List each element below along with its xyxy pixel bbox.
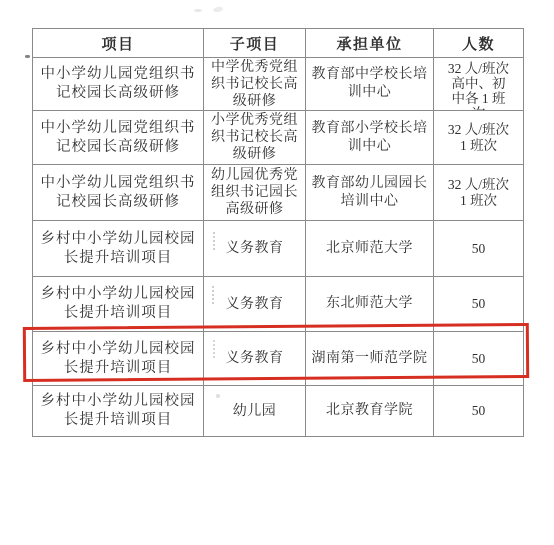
training-programs-table: 项目 子项目 承担单位 人数 中小学幼儿园党组织书 记校园长高级研修 中学优秀党… xyxy=(32,28,524,437)
cell-project: 乡村中小学幼儿园校园 长提升培训项目 xyxy=(33,332,204,386)
col-header-count: 人数 xyxy=(434,29,524,58)
cell-unit: 湖南第一师范学院 xyxy=(306,332,434,386)
header-row: 项目 子项目 承担单位 人数 xyxy=(33,29,524,58)
cell-subproject: 小学优秀党组 织书记校长高 级研修 xyxy=(204,111,306,165)
cell-subproject: 中学优秀党组 织书记校长高 级研修 xyxy=(204,58,306,111)
cell-unit: 教育部幼儿园园长 培训中心 xyxy=(306,165,434,221)
table-row: 乡村中小学幼儿园校园 长提升培训项目 义务教育 北京师范大学 50 xyxy=(33,221,524,277)
cell-unit: 北京师范大学 xyxy=(306,221,434,277)
table-row: 乡村中小学幼儿园校园 长提升培训项目 幼儿园 北京教育学院 50 xyxy=(33,386,524,437)
cell-project: 乡村中小学幼儿园校园 长提升培训项目 xyxy=(33,277,204,332)
cell-count: 32 人/班次 1 班次 xyxy=(434,111,524,165)
cell-subproject: 幼儿园 xyxy=(204,386,306,437)
cell-subproject: 义务教育 xyxy=(204,277,306,332)
cell-unit: 东北师范大学 xyxy=(306,277,434,332)
cell-subproject: 义务教育 xyxy=(204,221,306,277)
scan-artifact xyxy=(25,55,30,58)
scan-artifact xyxy=(194,9,202,12)
cell-unit: 教育部小学校长培 训中心 xyxy=(306,111,434,165)
table-row: 中小学幼儿园党组织书 记校园长高级研修 幼儿园优秀党 组织书记园长 高级研修 教… xyxy=(33,165,524,221)
cell-count: 50 xyxy=(434,277,524,332)
col-header-unit: 承担单位 xyxy=(306,29,434,58)
scan-artifact xyxy=(213,6,224,13)
col-header-project: 项目 xyxy=(33,29,204,58)
cell-unit: 北京教育学院 xyxy=(306,386,434,437)
cell-count: 32 人/班次 高中、初 中各 1 班 次 xyxy=(434,58,524,111)
cell-count: 50 xyxy=(434,386,524,437)
cell-subproject: 幼儿园优秀党 组织书记园长 高级研修 xyxy=(204,165,306,221)
cell-unit: 教育部中学校长培 训中心 xyxy=(306,58,434,111)
cell-count: 50 xyxy=(434,332,524,386)
table-row: 中小学幼儿园党组织书 记校园长高级研修 小学优秀党组 织书记校长高 级研修 教育… xyxy=(33,111,524,165)
cell-project: 乡村中小学幼儿园校园 长提升培训项目 xyxy=(33,221,204,277)
table-row: 乡村中小学幼儿园校园 长提升培训项目 义务教育 东北师范大学 50 xyxy=(33,277,524,332)
cell-project: 乡村中小学幼儿园校园 长提升培训项目 xyxy=(33,386,204,437)
cell-subproject: 义务教育 xyxy=(204,332,306,386)
cell-count: 32 人/班次 1 班次 xyxy=(434,165,524,221)
table-row: 中小学幼儿园党组织书 记校园长高级研修 中学优秀党组 织书记校长高 级研修 教育… xyxy=(33,58,524,111)
cell-count-clipped-text: 32 人/班次 高中、初 中各 1 班 次 xyxy=(437,59,520,110)
col-header-subproject: 子项目 xyxy=(204,29,306,58)
cell-project: 中小学幼儿园党组织书 记校园长高级研修 xyxy=(33,165,204,221)
scanned-document-page: 项目 子项目 承担单位 人数 中小学幼儿园党组织书 记校园长高级研修 中学优秀党… xyxy=(0,0,554,545)
cell-count: 50 xyxy=(434,221,524,277)
table-row-highlighted: 乡村中小学幼儿园校园 长提升培训项目 义务教育 湖南第一师范学院 50 xyxy=(33,332,524,386)
cell-project: 中小学幼儿园党组织书 记校园长高级研修 xyxy=(33,58,204,111)
cell-project: 中小学幼儿园党组织书 记校园长高级研修 xyxy=(33,111,204,165)
